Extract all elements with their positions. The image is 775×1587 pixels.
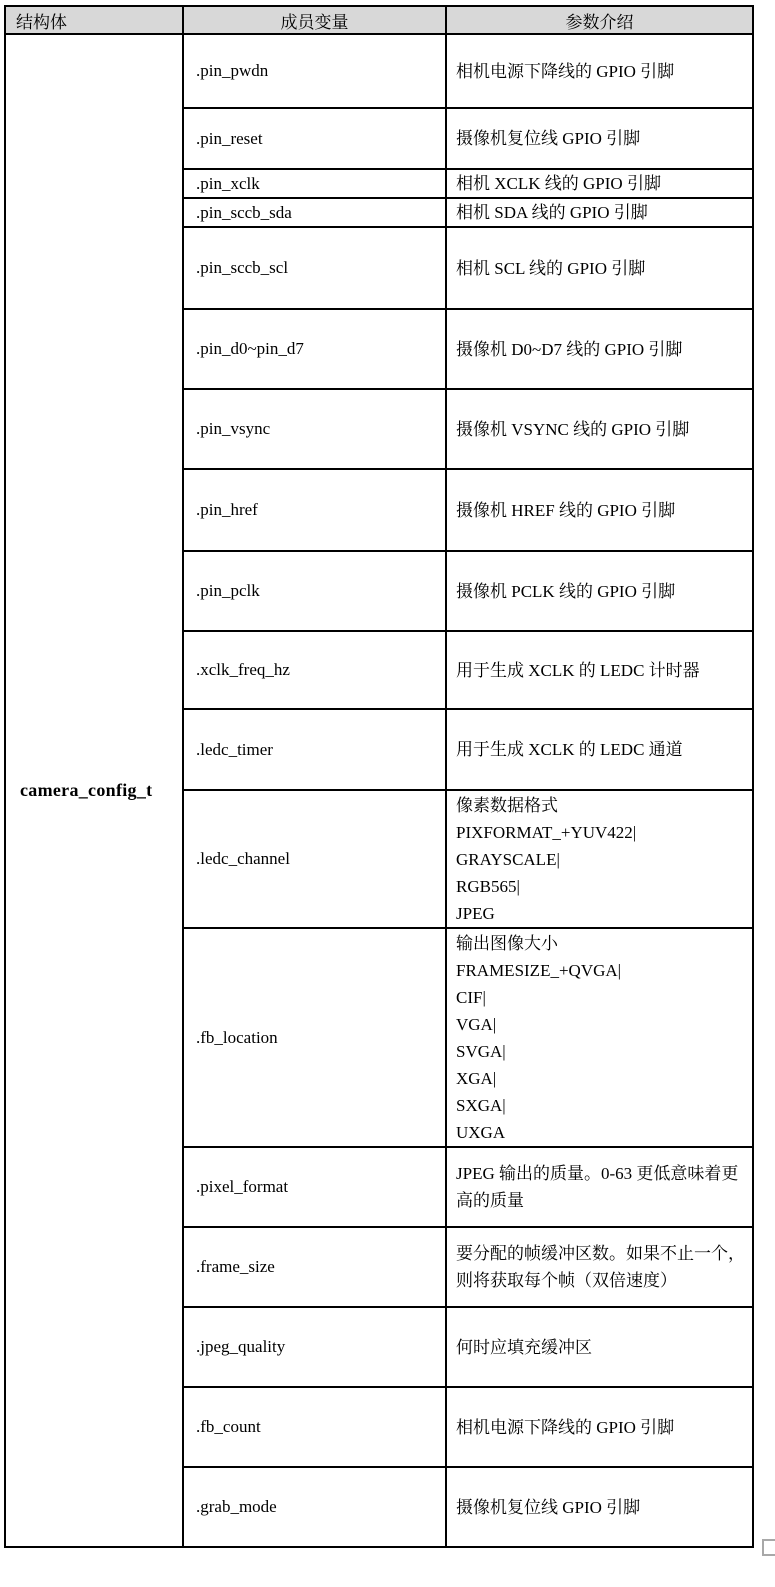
- desc-cell: 摄像机 D0~D7 线的 GPIO 引脚: [446, 309, 753, 389]
- member-cell: .pin_xclk: [183, 169, 446, 198]
- member-cell: .grab_mode: [183, 1467, 446, 1547]
- desc-cell: 相机 SDA 线的 GPIO 引脚: [446, 198, 753, 227]
- desc-cell: 摄像机 HREF 线的 GPIO 引脚: [446, 469, 753, 551]
- member-cell: .pin_href: [183, 469, 446, 551]
- desc-cell: 用于生成 XCLK 的 LEDC 计时器: [446, 631, 753, 709]
- member-cell: .jpeg_quality: [183, 1307, 446, 1387]
- camera-config-table: 结构体 成员变量 参数介绍 camera_config_t .pin_pwdn …: [4, 5, 754, 1548]
- table-resize-handle[interactable]: [762, 1539, 775, 1556]
- member-cell: .pin_pclk: [183, 551, 446, 631]
- desc-cell: 何时应填充缓冲区: [446, 1307, 753, 1387]
- desc-cell: 相机电源下降线的 GPIO 引脚: [446, 1387, 753, 1467]
- member-cell: .fb_count: [183, 1387, 446, 1467]
- header-struct: 结构体: [5, 6, 183, 34]
- desc-cell: 摄像机复位线 GPIO 引脚: [446, 1467, 753, 1547]
- member-cell: .pin_pwdn: [183, 34, 446, 108]
- desc-cell: 相机 XCLK 线的 GPIO 引脚: [446, 169, 753, 198]
- desc-cell: JPEG 输出的质量。0-63 更低意味着更 高的质量: [446, 1147, 753, 1227]
- member-cell: .frame_size: [183, 1227, 446, 1307]
- desc-cell: 摄像机 VSYNC 线的 GPIO 引脚: [446, 389, 753, 469]
- header-desc: 参数介绍: [446, 6, 753, 34]
- header-row: 结构体 成员变量 参数介绍: [5, 6, 753, 34]
- member-cell: .ledc_timer: [183, 709, 446, 790]
- member-cell: .xclk_freq_hz: [183, 631, 446, 709]
- desc-cell: 相机 SCL 线的 GPIO 引脚: [446, 227, 753, 309]
- member-cell: .pin_vsync: [183, 389, 446, 469]
- member-cell: .pin_d0~pin_d7: [183, 309, 446, 389]
- member-cell: .pixel_format: [183, 1147, 446, 1227]
- member-cell: .pin_sccb_scl: [183, 227, 446, 309]
- desc-cell: 相机电源下降线的 GPIO 引脚: [446, 34, 753, 108]
- header-member: 成员变量: [183, 6, 446, 34]
- desc-cell: 用于生成 XCLK 的 LEDC 通道: [446, 709, 753, 790]
- desc-cell: 像素数据格式 PIXFORMAT_+YUV422| GRAYSCALE| RGB…: [446, 790, 753, 928]
- struct-name-cell: camera_config_t: [5, 34, 183, 1547]
- member-cell: .fb_location: [183, 928, 446, 1147]
- member-cell: .ledc_channel: [183, 790, 446, 928]
- desc-cell: 摄像机复位线 GPIO 引脚: [446, 108, 753, 169]
- desc-cell: 摄像机 PCLK 线的 GPIO 引脚: [446, 551, 753, 631]
- row-pin-pwdn: camera_config_t .pin_pwdn 相机电源下降线的 GPIO …: [5, 34, 753, 108]
- desc-cell: 输出图像大小 FRAMESIZE_+QVGA| CIF| VGA| SVGA| …: [446, 928, 753, 1147]
- member-cell: .pin_sccb_sda: [183, 198, 446, 227]
- member-cell: .pin_reset: [183, 108, 446, 169]
- desc-cell: 要分配的帧缓冲区数。如果不止一个， 则将获取每个帧（双倍速度）: [446, 1227, 753, 1307]
